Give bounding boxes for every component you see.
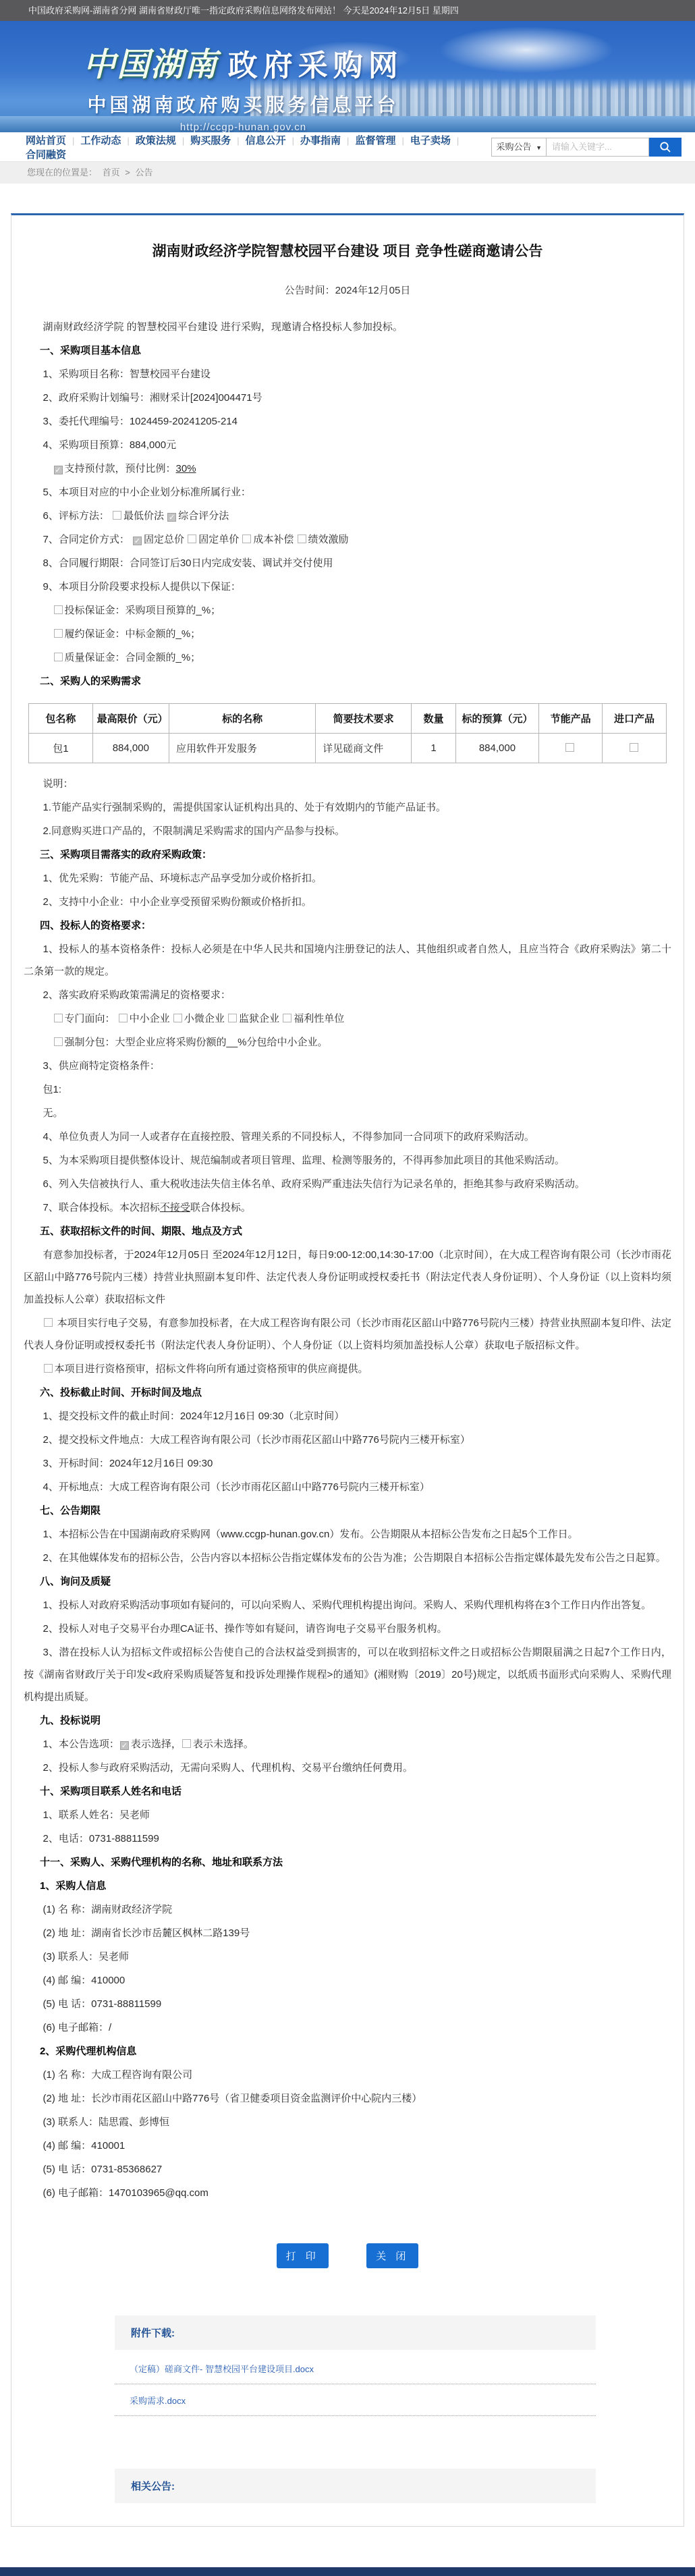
table-header-cell: 节能产品 bbox=[538, 703, 602, 733]
attachment-row: （定稿）磋商文件- 智慧校园平台建设项目.docx bbox=[115, 2353, 596, 2384]
table-cell: 1 bbox=[411, 733, 455, 763]
paragraph: 质量保证金：合同金额的_%； bbox=[24, 647, 671, 669]
breadcrumb: 您现在的位置是： 首页 > 公告 bbox=[0, 162, 695, 184]
breadcrumb-prefix: 您现在的位置是： bbox=[27, 167, 97, 177]
paragraph: 投标保证金：采购项目预算的_%； bbox=[24, 599, 671, 622]
search-button[interactable] bbox=[649, 138, 682, 157]
nav-item-3[interactable]: 政策法规 bbox=[136, 135, 176, 146]
table-cell: 应用软件开发服务 bbox=[169, 733, 316, 763]
nav-items: 网站首页|工作动态|政策法规|购买服务|信息公开|办事指南|监督管理|电子卖场|… bbox=[26, 133, 491, 161]
table-cell: 包1 bbox=[29, 733, 92, 763]
checkbox-unchecked bbox=[630, 743, 638, 752]
nav-item-1[interactable]: 网站首页 bbox=[26, 135, 66, 146]
paragraph: 4、单位负责人为同一人或者存在直接控股、管理关系的不同投标人，不得参加同一合同项… bbox=[24, 1126, 671, 1148]
chevron-down-icon: ▼ bbox=[536, 144, 542, 151]
sub-heading: 1、采购人信息 bbox=[24, 1875, 671, 1897]
nav-separator: | bbox=[292, 136, 294, 146]
paragraph: 2、落实政府采购政策需满足的资格要求： bbox=[24, 984, 671, 1006]
paragraph: 包1: bbox=[24, 1078, 671, 1101]
nav-separator: | bbox=[237, 136, 239, 146]
related-header: 相关公告: bbox=[115, 2469, 596, 2503]
paragraph: 湖南财政经济学院 的智慧校园平台建设 进行采购，现邀请合格投标人参加投标。 bbox=[24, 316, 671, 338]
section-heading: 三、采购项目需落实的政府采购政策： bbox=[24, 844, 671, 866]
paragraph: 有意参加投标者，于2024年12月05日 至2024年12月12日，每日9:00… bbox=[24, 1244, 671, 1311]
section-heading: 二、采购人的采购需求 bbox=[24, 670, 671, 692]
section-heading: 十一、采购人、采购代理机构的名称、地址和联系方法 bbox=[24, 1851, 671, 1873]
paragraph: 专门面向： 中小企业 小微企业 监狱企业 福利性单位 bbox=[24, 1008, 671, 1030]
breadcrumb-separator: > bbox=[125, 167, 130, 177]
nav-separator: | bbox=[127, 136, 129, 146]
paragraph: 1、本公告选项：✓表示选择，表示未选择。 bbox=[24, 1733, 671, 1755]
paragraph: 1、本招标公告在中国湖南政府采购网（www.ccgp-hunan.gov.cn）… bbox=[24, 1523, 671, 1545]
nav-item-6[interactable]: 办事指南 bbox=[300, 135, 341, 146]
checkbox-checked: ✓ bbox=[54, 466, 63, 474]
checkbox-unchecked bbox=[283, 1014, 291, 1022]
paragraph: 2、支持中小企业：中小企业享受预留采购份额或价格折扣。 bbox=[24, 891, 671, 913]
attachment-link[interactable]: 采购需求.docx bbox=[130, 2396, 186, 2406]
paragraph: (3) 联系人：吴老师 bbox=[24, 1946, 671, 1968]
nav-separator: | bbox=[457, 136, 459, 146]
topbar: 中国政府采购网-湖南省分网 湖南省财政厅唯一指定政府采购信息网络发布网站！ 今天… bbox=[0, 0, 695, 21]
checkbox-unchecked bbox=[44, 1364, 53, 1373]
paragraph: 1.节能产品实行强制采购的，需提供国家认证机构出具的、处于有效期内的节能产品证书… bbox=[24, 796, 671, 819]
paragraph: 3、开标时间：2024年12月16日 09:30 bbox=[24, 1452, 671, 1475]
table-cell: 详见磋商文件 bbox=[316, 733, 412, 763]
nav-item-5[interactable]: 信息公开 bbox=[246, 135, 286, 146]
nav-item-4[interactable]: 购买服务 bbox=[190, 135, 231, 146]
breadcrumb-current-link[interactable]: 公告 bbox=[136, 167, 153, 177]
paragraph: (2) 地 址：长沙市雨花区韶山中路776号（省卫健委项目资金监测评价中心院内三… bbox=[24, 2087, 671, 2110]
magnifier-icon bbox=[659, 141, 671, 153]
paragraph: (2) 地 址：湖南省长沙市岳麓区枫林二路139号 bbox=[24, 1922, 671, 1944]
attachments-title: 附件下载: bbox=[131, 2328, 175, 2339]
nav-item-8[interactable]: 电子卖场 bbox=[410, 135, 451, 146]
paragraph: 6、列入失信被执行人、重大税收违法失信主体名单、政府采购严重违法失信行为记录名单… bbox=[24, 1173, 671, 1195]
search-box: 采购公告 ▼ bbox=[491, 138, 682, 157]
paragraph: 本项目进行资格预审，招标文件将向所有通过资格预审的供应商提供。 bbox=[24, 1358, 671, 1380]
table-cell bbox=[603, 733, 667, 763]
paragraph: (5) 电 话：0731-88811599 bbox=[24, 1993, 671, 2015]
section-heading: 九、投标说明 bbox=[24, 1709, 671, 1732]
paragraph: 2、电话：0731-88811599 bbox=[24, 1828, 671, 1850]
checkbox-unchecked bbox=[173, 1014, 182, 1022]
attachments-header: 附件下载: bbox=[115, 2315, 596, 2350]
table-header-cell: 标的预算（元） bbox=[456, 703, 539, 733]
paragraph: (6) 电子邮箱：1470103965@qq.com bbox=[24, 2182, 671, 2204]
site-banner: 中国湖南 政府采购网 中国湖南政府购买服务信息平台 http://ccgp-hu… bbox=[0, 21, 695, 132]
table-header-row: 包名称最高限价（元）标的名称简要技术要求数量标的预算（元）节能产品进口产品 bbox=[29, 703, 667, 733]
checkbox-unchecked bbox=[119, 1014, 128, 1022]
close-button[interactable]: 关 闭 bbox=[366, 2243, 418, 2268]
paragraph: 4、采购项目预算：884,000元 bbox=[24, 434, 671, 456]
table-header-cell: 包名称 bbox=[29, 703, 92, 733]
paragraph: 3、供应商特定资格条件： bbox=[24, 1055, 671, 1077]
topbar-text: 中国政府采购网-湖南省分网 湖南省财政厅唯一指定政府采购信息网络发布网站！ 今天… bbox=[28, 5, 459, 16]
related-list-empty bbox=[24, 2503, 671, 2510]
article-body: 湖南财政经济学院 的智慧校园平台建设 进行采购，现邀请合格投标人参加投标。一、采… bbox=[24, 316, 671, 2204]
paragraph: 强制分包：大型企业应将采购份额的__%分包给中小企业。 bbox=[24, 1031, 671, 1053]
paragraph: (1) 名 称：大成工程咨询有限公司 bbox=[24, 2064, 671, 2086]
section-heading: 四、投标人的资格要求： bbox=[24, 914, 671, 937]
paragraph: 2、提交投标文件地点：大成工程咨询有限公司（长沙市雨花区韶山中路776号院内三楼… bbox=[24, 1429, 671, 1451]
table-header-cell: 数量 bbox=[411, 703, 455, 733]
checkbox-unchecked bbox=[113, 511, 121, 520]
checkbox-unchecked bbox=[188, 535, 196, 543]
paragraph: 1、提交投标文件的截止时间：2024年12月16日 09:30（北京时间） bbox=[24, 1405, 671, 1427]
action-buttons: 打 印 关 闭 bbox=[24, 2243, 671, 2268]
checkbox-unchecked bbox=[44, 1318, 53, 1327]
nav-separator: | bbox=[72, 136, 74, 146]
table-header-cell: 最高限价（元） bbox=[92, 703, 169, 733]
checkbox-unchecked bbox=[565, 743, 574, 752]
publish-time: 公告时间：2024年12月05日 bbox=[24, 283, 671, 297]
paragraph: 无。 bbox=[24, 1102, 671, 1124]
paragraph: 7、合同定价方式： ✓固定总价 固定单价 成本补偿 绩效激励 bbox=[24, 528, 671, 551]
paragraph: 说明： bbox=[24, 773, 671, 795]
paragraph: (4) 邮 编：410001 bbox=[24, 2135, 671, 2157]
paragraph: 8、合同履行期限：合同签订后30日内完成安装、调试并交付使用 bbox=[24, 552, 671, 574]
nav-separator: | bbox=[347, 136, 349, 146]
paragraph: 1、投标人对政府采购活动事项如有疑问的，可以向采购人、采购代理机构提出询问。采购… bbox=[24, 1594, 671, 1616]
nav-separator: | bbox=[401, 136, 404, 146]
paragraph: (6) 电子邮箱：/ bbox=[24, 2017, 671, 2039]
logo-calligraphy: 中国湖南 bbox=[83, 47, 218, 83]
paragraph: 1、优先采购：节能产品、环境标志产品享受加分或价格折扣。 bbox=[24, 867, 671, 889]
breadcrumb-home-link[interactable]: 首页 bbox=[103, 167, 120, 177]
paragraph: 7、联合体投标。本次招标不接受联合体投标。 bbox=[24, 1197, 671, 1219]
paragraph: 1、采购项目名称：智慧校园平台建设 bbox=[24, 363, 671, 385]
section-heading: 八、询问及质疑 bbox=[24, 1570, 671, 1593]
nav-separator: | bbox=[182, 136, 184, 146]
checkbox-unchecked bbox=[54, 1037, 63, 1046]
nav-item-9[interactable]: 合同融资 bbox=[26, 149, 66, 161]
section-heading: 七、公告期限 bbox=[24, 1500, 671, 1522]
footer-bar bbox=[0, 2567, 695, 2576]
table-cell bbox=[538, 733, 602, 763]
section-heading: 十、采购项目联系人姓名和电话 bbox=[24, 1780, 671, 1803]
main-nav: 网站首页|工作动态|政策法规|购买服务|信息公开|办事指南|监督管理|电子卖场|… bbox=[0, 132, 695, 162]
section-heading: 一、采购项目基本信息 bbox=[24, 339, 671, 362]
checkbox-unchecked bbox=[54, 629, 63, 638]
checkbox-checked: ✓ bbox=[120, 1741, 129, 1750]
attachment-link[interactable]: （定稿）磋商文件- 智慧校园平台建设项目.docx bbox=[130, 2364, 314, 2374]
paragraph: (1) 名 称：湖南财政经济学院 bbox=[24, 1898, 671, 1921]
checkbox-unchecked bbox=[54, 605, 63, 614]
checkbox-unchecked bbox=[298, 535, 306, 543]
paragraph: (3) 联系人：陆思霞、彭博恒 bbox=[24, 2111, 671, 2133]
attachments-list: （定稿）磋商文件- 智慧校园平台建设项目.docx采购需求.docx bbox=[115, 2353, 596, 2416]
paragraph: 2、投标人参与政府采购活动，无需向采购人、代理机构、交易平台缴纳任何费用。 bbox=[24, 1757, 671, 1779]
sub-heading: 2、采购代理机构信息 bbox=[24, 2040, 671, 2062]
paragraph: 履约保证金：中标金额的_%； bbox=[24, 623, 671, 645]
checkbox-unchecked bbox=[54, 653, 63, 661]
requirements-table: 包名称最高限价（元）标的名称简要技术要求数量标的预算（元）节能产品进口产品包18… bbox=[28, 703, 667, 763]
banner-url: http://ccgp-hunan.gov.cn bbox=[0, 121, 486, 132]
paragraph: 3、委托代理编号：1024459-20241205-214 bbox=[24, 410, 671, 433]
announcement-box: 湖南财政经济学院智慧校园平台建设 项目 竞争性磋商邀请公告 公告时间：2024年… bbox=[11, 213, 684, 2527]
banner-text: 中国湖南 政府采购网 中国湖南政府购买服务信息平台 http://ccgp-hu… bbox=[0, 21, 486, 132]
paragraph: 1、联系人姓名：吴老师 bbox=[24, 1804, 671, 1826]
table-header-cell: 简要技术要求 bbox=[316, 703, 412, 733]
checkbox-unchecked bbox=[182, 1739, 191, 1748]
table-header-cell: 标的名称 bbox=[169, 703, 316, 733]
search-input[interactable] bbox=[547, 138, 649, 157]
paragraph: 2.同意购买进口产品的，不限制满足采购需求的国内产品参与投标。 bbox=[24, 820, 671, 842]
table-cell: 884,000 bbox=[456, 733, 539, 763]
paragraph: 4、开标地点：大成工程咨询有限公司（长沙市雨花区韶山中路776号院内三楼开标室） bbox=[24, 1476, 671, 1498]
nav-item-7[interactable]: 监督管理 bbox=[355, 135, 395, 146]
table-row: 包1884,000应用软件开发服务详见磋商文件1884,000 bbox=[29, 733, 667, 763]
logo-title: 政府采购网 bbox=[228, 49, 404, 82]
paragraph: 5、本项目对应的中小企业划分标准所属行业： bbox=[24, 481, 671, 503]
checkbox-unchecked bbox=[228, 1014, 237, 1022]
banner-subtitle: 中国湖南政府购买服务信息平台 bbox=[0, 90, 486, 117]
paragraph: 3、潜在投标人认为招标文件或招标公告使自己的合法权益受到损害的，可以在收到招标文… bbox=[24, 1641, 671, 1708]
page-title: 湖南财政经济学院智慧校园平台建设 项目 竞争性磋商邀请公告 bbox=[51, 241, 644, 263]
paragraph: 6、评标方法： 最低价法 ✓综合评分法 bbox=[24, 505, 671, 527]
search-category-select[interactable]: 采购公告 ▼ bbox=[491, 138, 547, 157]
paragraph: 2、在其他媒体发布的招标公告，公告内容以本招标公告指定媒体发布的公告为准；公告期… bbox=[24, 1547, 671, 1569]
table-cell: 884,000 bbox=[92, 733, 169, 763]
paragraph: 2、投标人对电子交易平台办理CA证书、操作等如有疑问，请咨询电子交易平台服务机构… bbox=[24, 1618, 671, 1640]
search-category-value: 采购公告 bbox=[496, 142, 531, 152]
section-heading: 五、获取招标文件的时间、期限、地点及方式 bbox=[24, 1220, 671, 1242]
table-header-cell: 进口产品 bbox=[603, 703, 667, 733]
print-button[interactable]: 打 印 bbox=[277, 2243, 329, 2268]
checkbox-checked: ✓ bbox=[167, 513, 176, 522]
nav-item-2[interactable]: 工作动态 bbox=[80, 135, 121, 146]
checkbox-unchecked bbox=[54, 1014, 63, 1022]
paragraph: ✓支持预付款，预付比例：30% bbox=[24, 458, 671, 480]
section-heading: 六、投标截止时间、开标时间及地点 bbox=[24, 1381, 671, 1404]
checkbox-checked: ✓ bbox=[133, 537, 142, 545]
related-title: 相关公告: bbox=[131, 2481, 175, 2492]
paragraph: 5、为本采购项目提供整体设计、规范编制或者项目管理、监理、检测等服务的，不得再参… bbox=[24, 1149, 671, 1172]
paragraph: (4) 邮 编：410000 bbox=[24, 1969, 671, 1992]
checkbox-unchecked bbox=[242, 535, 251, 543]
paragraph: 1、投标人的基本资格条件：投标人必须是在中华人民共和国境内注册登记的法人、其他组… bbox=[24, 938, 671, 983]
paragraph: (5) 电 话：0731-85368627 bbox=[24, 2158, 671, 2181]
site-logo: 中国湖南 政府采购网 bbox=[0, 38, 486, 85]
attachment-row: 采购需求.docx bbox=[115, 2384, 596, 2416]
paragraph: 本项目实行电子交易，有意参加投标者，在大成工程咨询有限公司（长沙市雨花区韶山中路… bbox=[24, 1312, 671, 1356]
paragraph: 9、本项目分阶段要求投标人提供以下保证： bbox=[24, 576, 671, 598]
paragraph: 2、政府采购计划编号：湘财采计[2024]004471号 bbox=[24, 387, 671, 409]
